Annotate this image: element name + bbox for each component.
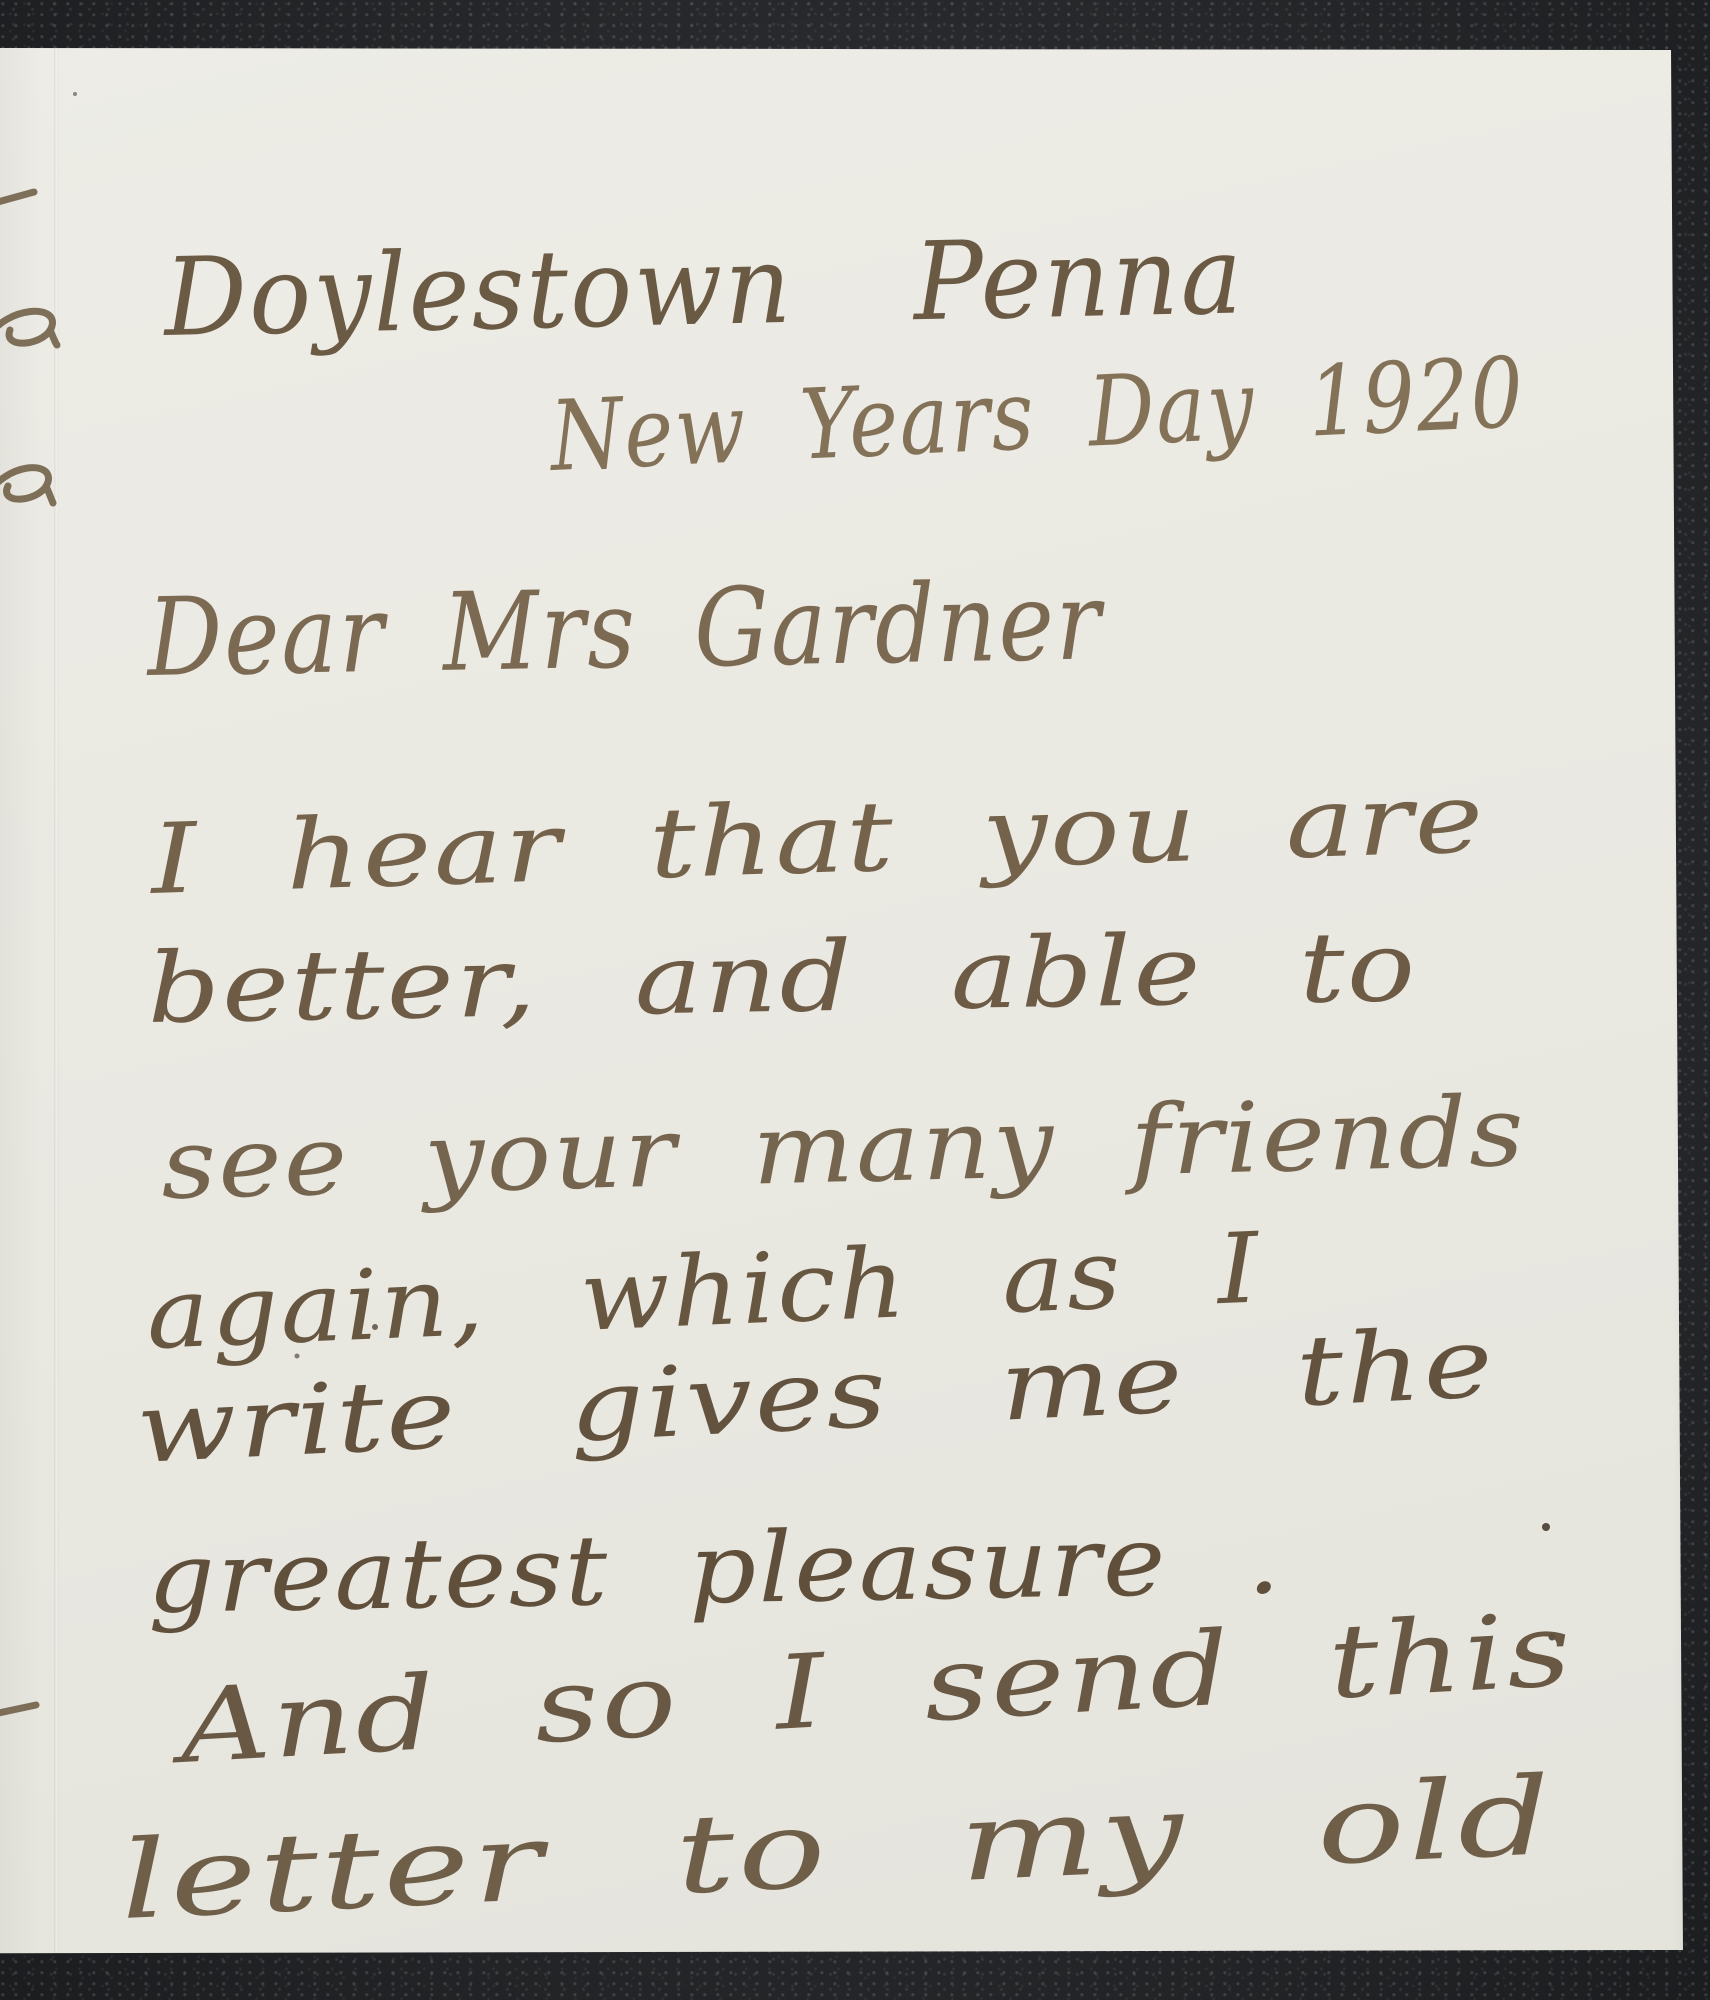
partial-stroke-ink-fragment [0,192,34,203]
handwriting-line-body-1: I hear that you are [147,761,1487,916]
handwriting-layer: Doylestown Penna New Years Day 1920 Dear… [0,0,1710,2000]
partial-loop-ink-fragment [0,311,57,345]
partial-loop-ink-fragment [0,468,53,503]
left-edge-ink-fragments [0,192,57,1714]
handwriting-line-salutation: Dear Mrs Gardner [145,559,1107,701]
handwriting-line-body-8: letter to my old [118,1754,1557,1944]
handwriting-line-date: New Years Day 1920 [546,336,1527,493]
letter-photograph: Doylestown Penna New Years Day 1920 Dear… [0,0,1710,2000]
handwriting-line-location: Doylestown Penna [161,213,1245,361]
handwriting-line-body-3: see your many friends [160,1075,1527,1221]
partial-stroke-ink-fragment [0,1705,36,1714]
handwriting-line-body-2: better, and able to [146,910,1418,1045]
